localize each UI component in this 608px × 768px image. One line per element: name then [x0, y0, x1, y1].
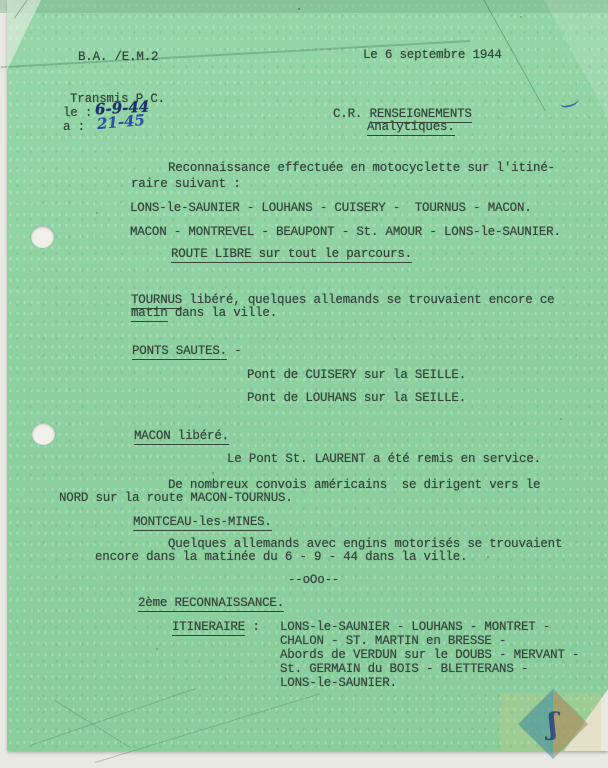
itineraire-route-2: CHALON - ST. MARTIN en BRESSE -	[280, 635, 506, 648]
macon-heading: MACON libéré.	[134, 430, 229, 443]
title-prefix: C.R.	[333, 107, 370, 121]
macon-line-1: Le Pont St. LAURENT a été remis en servi…	[227, 453, 541, 466]
reco2-heading: 2ème RECONNAISSANCE.	[138, 597, 284, 610]
ponts-line-1: Pont de CUISERY sur la SEILLE.	[247, 369, 466, 382]
itineraire-route-1: LONS-le-SAUNIER - LOUHANS - MONTRET -	[280, 621, 550, 634]
route-libre-line: ROUTE LIBRE sur tout le parcours.	[171, 248, 412, 261]
montceau-heading: MONTCEAU-les-MINES.	[133, 516, 272, 529]
paper-specks	[0, 0, 2, 2]
date-line: Le 6 septembre 1944	[363, 49, 502, 62]
stamp-serpent-emblem: ʃ	[547, 708, 561, 743]
reference-code: B.A. /E.M.2	[78, 51, 158, 64]
paper-behind-edge	[0, 0, 608, 13]
montceau-line-2: encore dans la matinée du 6 - 9 - 44 dan…	[95, 551, 467, 564]
punch-hole-bottom	[32, 423, 55, 445]
itineraire-route-5: LONS-le-SAUNIER.	[280, 677, 397, 690]
route-line-2: MACON - MONTREVEL - BEAUPONT - St. AMOUR…	[130, 226, 561, 239]
transmis-a-label: a :	[63, 121, 85, 134]
document-subtitle: Analytiques.	[367, 121, 455, 134]
ponts-sautes-heading: PONTS SAUTES. -	[132, 345, 242, 358]
punch-hole-top	[31, 226, 54, 248]
itineraire-route-3: Abords de VERDUN sur le DOUBS - MERVANT …	[280, 649, 579, 662]
ponts-line-2: Pont de LOUHANS sur la SEILLE.	[247, 392, 466, 405]
macon-line-2b: NORD sur la route MACON-TOURNUS.	[59, 492, 293, 505]
itineraire-route-4: St. GERMAIN du BOIS - BLETTERANS -	[280, 663, 528, 676]
section-separator: --oOo--	[288, 574, 339, 587]
intro-line-2: raire suivant :	[131, 178, 241, 191]
route-line-1: LONS-le-SAUNIER - LOUHANS - CUISERY - TO…	[130, 202, 532, 215]
tournus-line-2: matin dans la ville.	[131, 307, 277, 320]
intro-line-1: Reconnaissance effectuée en motocyclette…	[168, 162, 555, 175]
transmis-le-label: le :	[63, 107, 92, 120]
itineraire-label: ITINERAIRE :	[172, 621, 260, 634]
